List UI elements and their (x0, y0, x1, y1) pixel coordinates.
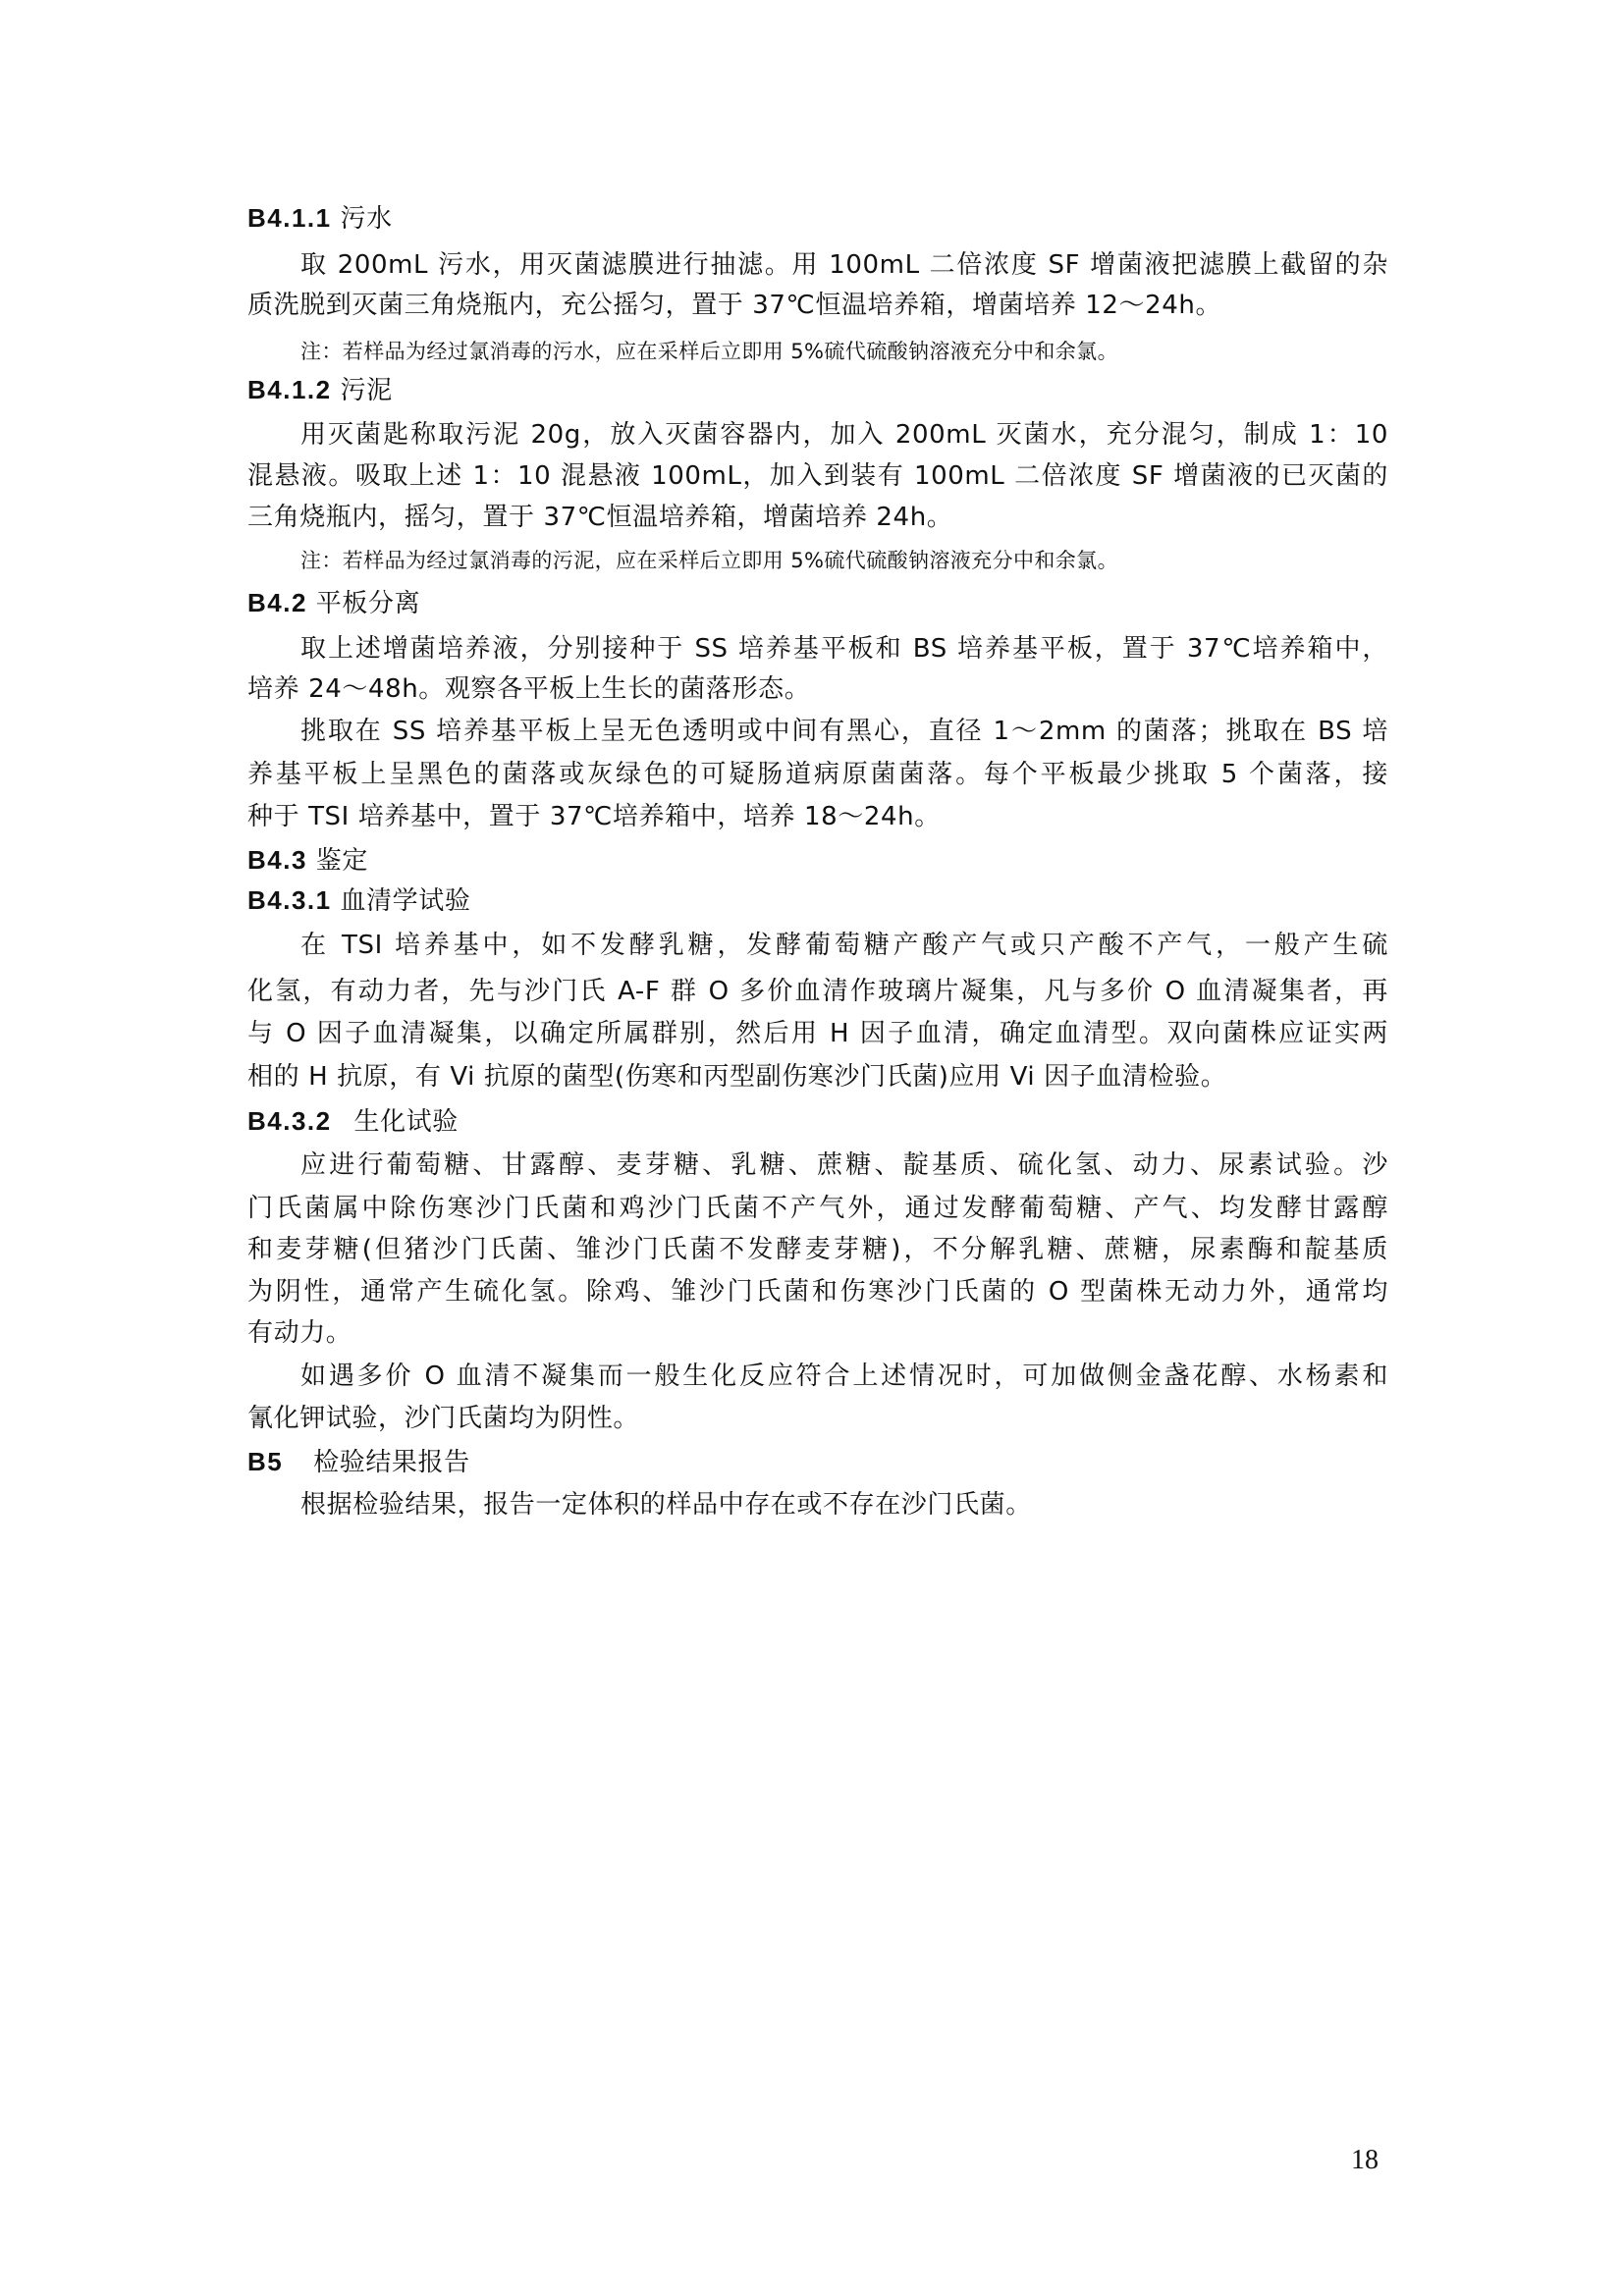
section-heading-b42: B4.2 平板分离 (247, 588, 1388, 618)
section-heading-b411: B4.1.1 污水 (247, 203, 1388, 234)
section-heading-b43: B4.3 鉴定 (247, 845, 1388, 876)
paragraph-line: 取 200mL 污水，用灭菌滤膜进行抽滤。用 100mL 二倍浓度 SF 增菌液… (300, 250, 1388, 280)
heading-title: 生化试验 (353, 1107, 458, 1137)
heading-title: 血清学试验 (340, 886, 470, 916)
paragraph-line: 质洗脱到灭菌三角烧瓶内，充公摇匀，置于 37℃恒温培养箱，增菌培养 12～24h… (247, 291, 1388, 320)
heading-number: B5 (247, 1447, 283, 1476)
heading-number: B4.2 (247, 588, 307, 617)
document-page: B4.1.1 污水 取 200mL 污水，用灭菌滤膜进行抽滤。用 100mL 二… (0, 0, 1623, 2296)
paragraph-line: 化氢，有动力者，先与沙门氏 A-F 群 O 多价血清作玻璃片凝集，凡与多价 O … (247, 977, 1388, 1006)
paragraph-line: 混悬液。吸取上述 1：10 混悬液 100mL，加入到装有 100mL 二倍浓度… (247, 461, 1388, 491)
paragraph-line: 用灭菌匙称取污泥 20g，放入灭菌容器内，加入 200mL 灭菌水，充分混匀，制… (300, 420, 1388, 450)
section-heading-b431: B4.3.1 血清学试验 (247, 885, 1388, 916)
heading-title: 检验结果报告 (313, 1448, 470, 1477)
heading-number: B4.1.2 (247, 375, 332, 404)
heading-title: 污水 (340, 204, 392, 234)
paragraph-line: 在 TSI 培养基中，如不发酵乳糖，发酵葡萄糖产酸产气或只产酸不产气，一般产生硫 (300, 931, 1388, 960)
paragraph-line: 与 O 因子血清凝集，以确定所属群别，然后用 H 因子血清，确定血清型。双向菌株… (247, 1019, 1388, 1048)
paragraph-line: 种于 TSI 培养基中，置于 37℃培养箱中，培养 18～24h。 (247, 802, 1388, 831)
paragraph-line: 门氏菌属中除伤寒沙门氏菌和鸡沙门氏菌不产气外，通过发酵葡萄糖、产气、均发酵甘露醇 (247, 1194, 1388, 1223)
paragraph-line: 根据检验结果，报告一定体积的样品中存在或不存在沙门氏菌。 (300, 1490, 1388, 1520)
page-number: 18 (1351, 2145, 1379, 2176)
paragraph-line: 应进行葡萄糖、甘露醇、麦芽糖、乳糖、蔗糖、靛基质、硫化氢、动力、尿素试验。沙 (300, 1150, 1388, 1180)
heading-number: B4.3.1 (247, 885, 332, 915)
paragraph-line: 相的 H 抗原，有 Vi 抗原的菌型(伤寒和丙型副伤寒沙门氏菌)应用 Vi 因子… (247, 1062, 1388, 1092)
paragraph-line: 培养 24～48h。观察各平板上生长的菌落形态。 (247, 674, 1388, 704)
heading-number: B4.3.2 (247, 1106, 332, 1136)
paragraph-line: 和麦芽糖(但猪沙门氏菌、雏沙门氏菌不发酵麦芽糖)，不分解乳糖、蔗糖，尿素酶和靛基… (247, 1235, 1388, 1264)
paragraph-line: 三角烧瓶内，摇匀，置于 37℃恒温培养箱，增菌培养 24h。 (247, 503, 1388, 532)
paragraph-line: 如遇多价 O 血清不凝集而一般生化反应符合上述情况时，可加做侧金盏花醇、水杨素和 (300, 1362, 1388, 1391)
heading-title: 鉴定 (316, 846, 368, 876)
section-heading-b412: B4.1.2 污泥 (247, 375, 1388, 405)
section-heading-b5: B5 检验结果报告 (247, 1447, 1388, 1477)
heading-title: 污泥 (340, 376, 392, 405)
heading-number: B4.1.1 (247, 203, 332, 233)
paragraph-line: 有动力。 (247, 1318, 1388, 1348)
note-text: 注：若样品为经过氯消毒的污水，应在采样后立即用 5%硫代硫酸钠溶液充分中和余氯。 (300, 337, 1441, 366)
heading-number: B4.3 (247, 845, 307, 875)
section-heading-b432: B4.3.2 生化试验 (247, 1106, 1388, 1137)
paragraph-line: 氰化钾试验，沙门氏菌均为阴性。 (247, 1404, 1388, 1433)
paragraph-line: 取上述增菌培养液，分别接种于 SS 培养基平板和 BS 培养基平板，置于 37℃… (300, 634, 1388, 664)
note-text: 注：若样品为经过氯消毒的污泥，应在采样后立即用 5%硫代硫酸钠溶液充分中和余氯。 (300, 546, 1441, 575)
paragraph-line: 养基平板上呈黑色的菌落或灰绿色的可疑肠道病原菌菌落。每个平板最少挑取 5 个菌落… (247, 760, 1388, 789)
heading-title: 平板分离 (316, 589, 420, 618)
paragraph-line: 为阴性，通常产生硫化氢。除鸡、雏沙门氏菌和伤寒沙门氏菌的 O 型菌株无动力外，通… (247, 1277, 1388, 1307)
paragraph-line: 挑取在 SS 培养基平板上呈无色透明或中间有黑心，直径 1～2mm 的菌落；挑取… (300, 717, 1388, 746)
